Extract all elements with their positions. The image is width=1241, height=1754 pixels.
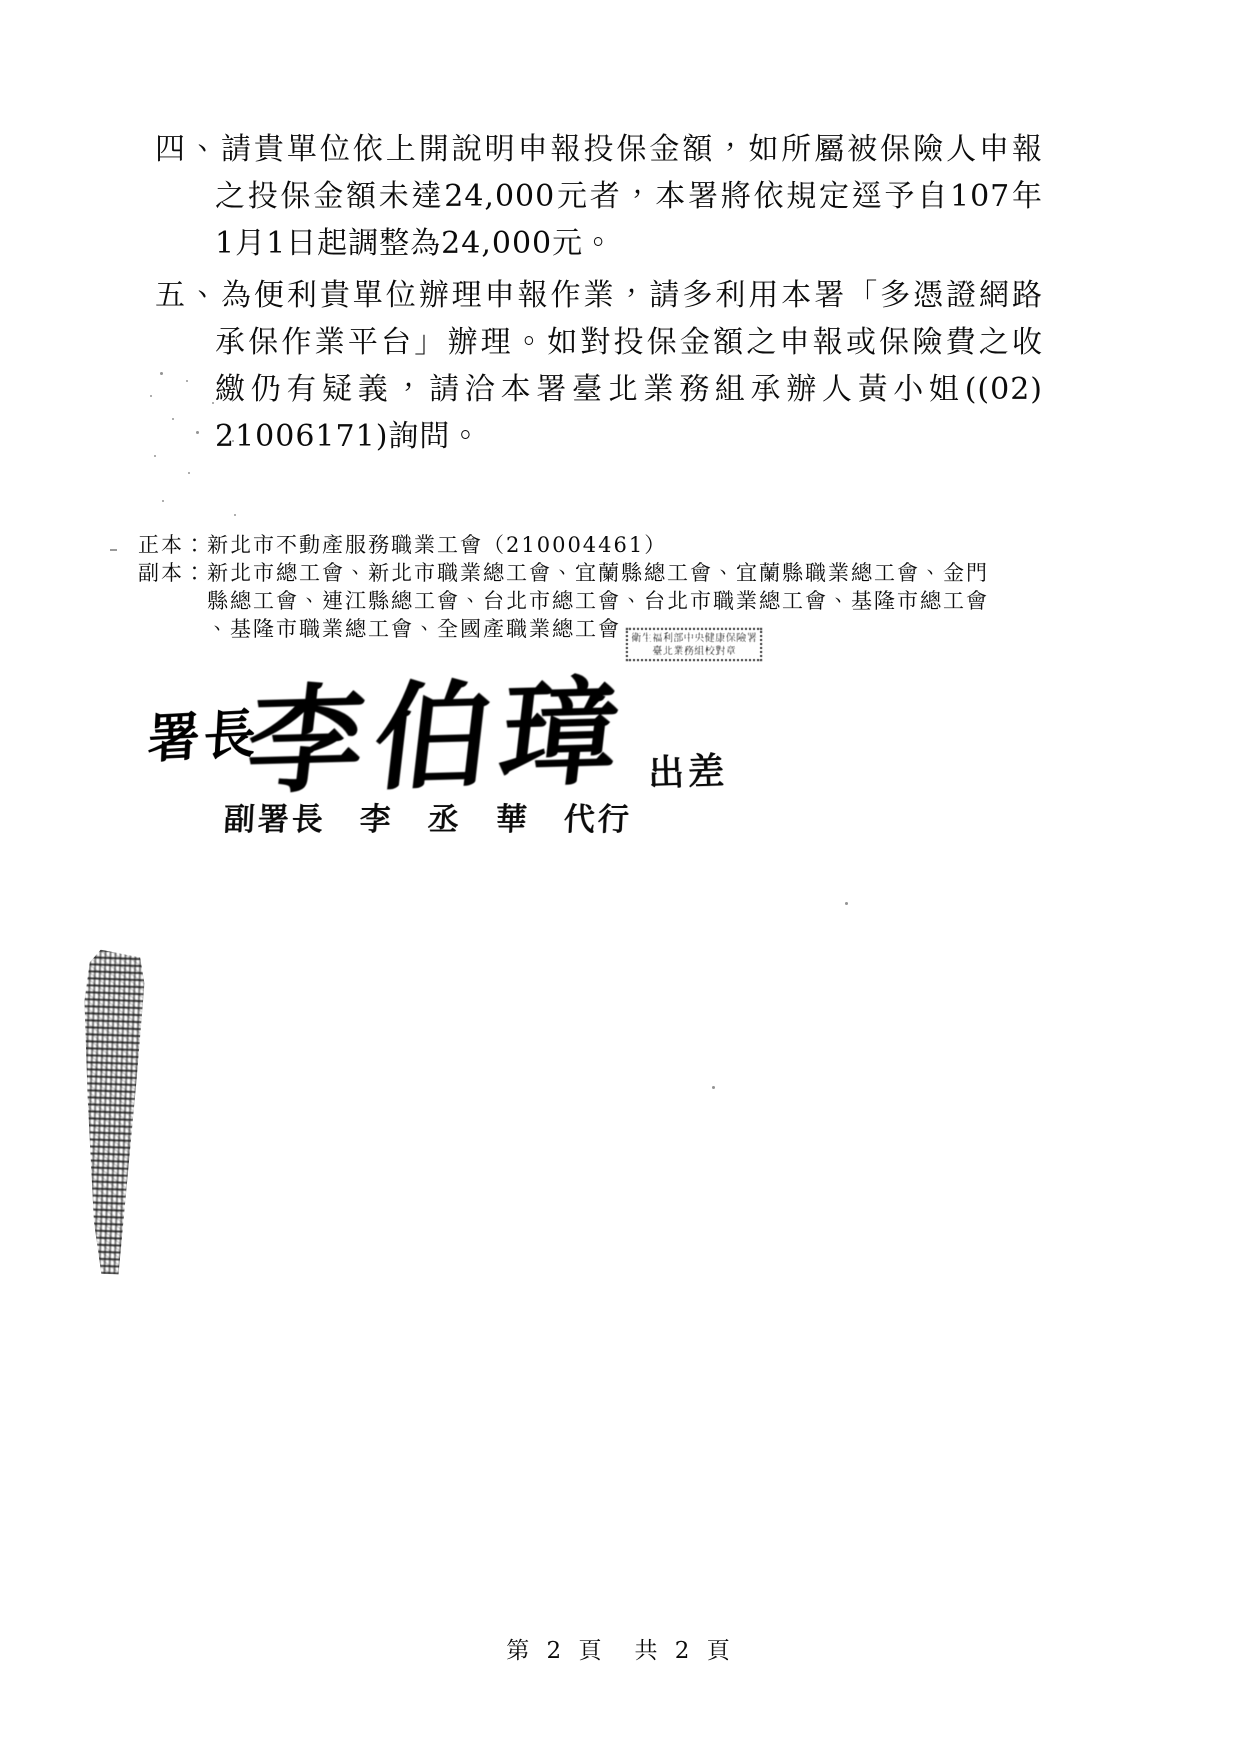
copy-recipients-line: 、基隆市職業總工會、全國產職業總工會 [207, 617, 621, 641]
original-recipient-row: 正本： 新北市不動產服務職業工會（210004461） [138, 531, 989, 559]
paragraph-line: 承保作業平台」辦理。如對投保金額之申報或保險費之收 [155, 319, 1043, 366]
copy-recipients-line: 新北市總工會、新北市職業總工會、宜蘭縣總工會、宜蘭縣職業總工會、金門 [207, 561, 989, 585]
scan-artifact-dot [712, 1086, 715, 1089]
scan-artifact-dot [150, 395, 152, 397]
copy-recipients-line: 縣總工會、連江縣總工會、台北市總工會、台北市職業總工會、基隆市總工會 [207, 589, 989, 613]
scan-artifact-dot [845, 902, 848, 905]
scan-artifact-dot [196, 431, 199, 434]
numbered-paragraph-4: 四、請貴單位依上開說明申報投保金額，如所屬被保險人申報 之投保金額未達24,00… [155, 126, 1043, 267]
side-seal-smudge [68, 949, 145, 1275]
letter-body: 四、請貴單位依上開說明申報投保金額，如所屬被保險人申報 之投保金額未達24,00… [155, 126, 1043, 460]
numbered-paragraph-5: 五、為便利貴單位辦理申報作業，請多利用本署「多憑證網路 承保作業平台」辦理。如對… [155, 272, 1043, 460]
scan-artifact-dot [160, 372, 163, 375]
scan-artifact-dot [154, 455, 156, 457]
signature-block: 署長 李伯璋 出差 副署長 李 丞 華 代行 [148, 652, 868, 852]
paragraph-line: 五、為便利貴單位辦理申報作業，請多利用本署「多憑證網路 [155, 272, 1043, 319]
travel-annotation: 出差 [647, 743, 729, 797]
paragraph-line: 之投保金額未達24,000元者，本署將依規定逕予自107年 [155, 173, 1043, 220]
paragraph-line: 21006171)詢問。 [155, 413, 1043, 460]
scan-artifact-dash [110, 549, 117, 551]
paragraph-text: 請貴單位依上開說明申報投保金額，如所屬被保險人申報 [221, 132, 1043, 167]
original-label: 正本： [138, 531, 207, 559]
copy-label: 副本： [138, 559, 207, 587]
paragraph-text: 為便利貴單位辦理申報作業，請多利用本署「多憑證網路 [221, 278, 1043, 313]
paragraph-line: 繳仍有疑義，請洽本署臺北業務組承辦人黃小姐((02) [155, 366, 1043, 413]
paragraph-line: 四、請貴單位依上開說明申報投保金額，如所屬被保險人申報 [155, 126, 1043, 173]
scan-artifact-dot [162, 500, 164, 502]
paragraph-number: 四、 [155, 132, 221, 167]
scan-artifact-dot [212, 402, 214, 404]
page-number-footer: 第 2 頁 共 2 頁 [0, 1632, 1241, 1665]
director-title: 署長 [146, 691, 262, 772]
scan-artifact-dot [172, 418, 174, 420]
scan-artifact-dot [188, 472, 190, 474]
paragraph-line: 1月1日起調整為24,000元。 [155, 220, 1043, 267]
scan-artifact-dot [234, 514, 236, 516]
receiving-unit-stamp-line1: 衛生福利部中央健康保險署 [631, 632, 757, 645]
director-signature: 李伯璋 [240, 639, 638, 816]
scanned-letter-page: 四、請貴單位依上開說明申報投保金額，如所屬被保險人申報 之投保金額未達24,00… [0, 0, 1241, 1754]
scan-artifact-dot [186, 380, 188, 382]
paragraph-number: 五、 [155, 278, 221, 313]
scan-artifact-dot [232, 440, 234, 442]
deputy-signing-line: 副署長 李 丞 華 代行 [223, 794, 633, 839]
original-recipient-value: 新北市不動產服務職業工會（210004461） [207, 531, 989, 559]
